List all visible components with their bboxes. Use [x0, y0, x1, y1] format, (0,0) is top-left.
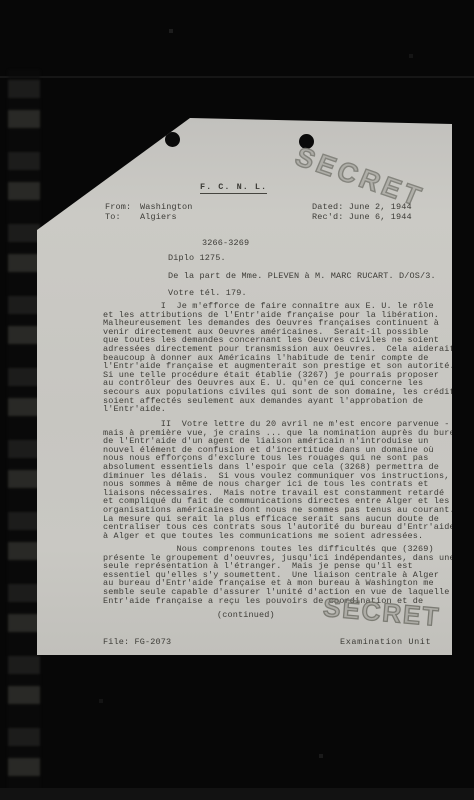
film-frame-divider	[0, 76, 474, 78]
punch-hole	[165, 132, 180, 147]
film-sprocket-strip	[8, 70, 40, 800]
diplo-number: Diplo 1275.	[168, 253, 226, 263]
examination-unit-label: Examination Unit	[340, 637, 431, 647]
your-telegram-line: Votre tél. 179.	[168, 288, 247, 298]
from-label: From:	[105, 202, 131, 212]
reference-code: D/OS/3.	[399, 271, 436, 281]
paragraph-3: Nous comprenons toutes les difficultés q…	[103, 545, 474, 605]
document-paper: F. C. N. L. SECRET From: Washington To: …	[37, 118, 452, 655]
dated-line: Dated: June 2, 1944	[312, 202, 412, 212]
telegram-serial: 3266-3269	[202, 238, 249, 248]
to-value: Algiers	[140, 212, 177, 222]
film-frame-bottom-band	[0, 788, 474, 800]
to-label: To:	[105, 212, 121, 222]
microfilm-scan: F. C. N. L. SECRET From: Washington To: …	[0, 0, 474, 800]
received-line: Rec'd: June 6, 1944	[312, 212, 412, 222]
file-reference: File: FG-2073	[103, 637, 171, 647]
org-title: F. C. N. L.	[200, 182, 267, 194]
from-value: Washington	[140, 202, 193, 212]
paragraph-1: I Je m'efforce de faire connaître aux E.…	[103, 302, 474, 414]
continued-note: (continued)	[217, 610, 275, 620]
paragraph-2: II Votre lettre du 20 avril ne m'est enc…	[103, 420, 474, 540]
film-dust-specks	[0, 0, 2, 2]
salutation-line: De la part de Mme. PLEVEN à M. MARC RUCA…	[168, 271, 394, 281]
